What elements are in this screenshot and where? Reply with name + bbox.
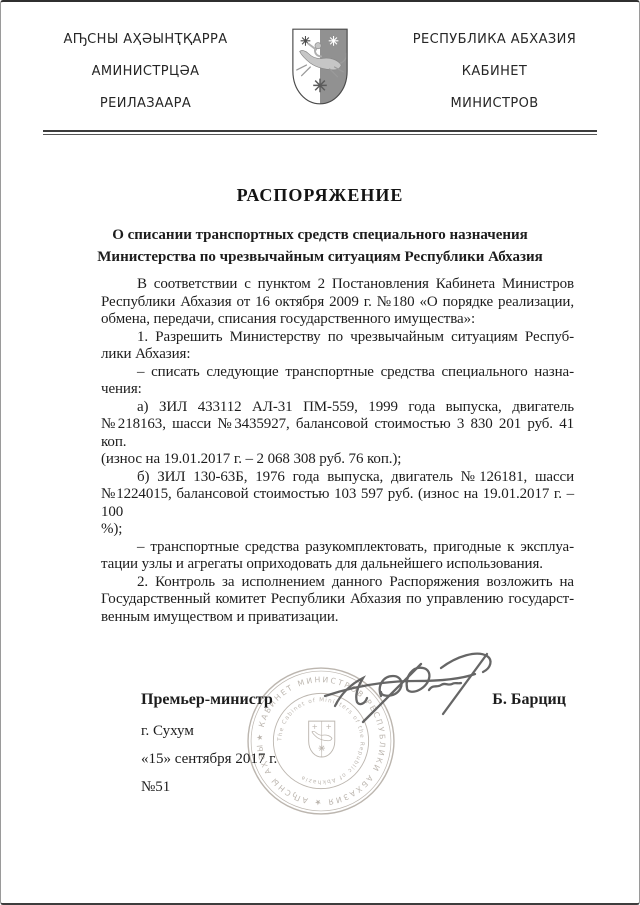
text-line: Республики Абхазия от 16 октября 2009 г.… <box>101 294 574 312</box>
document-subtitle: О списании транспортных средств специаль… <box>1 224 639 268</box>
text-line: №1224015, балансовой стоимостью 103 597 … <box>101 486 574 521</box>
letterhead-line: МИНИСТРОВ <box>380 96 609 112</box>
text-line: В соответствии с пунктом 2 Постановления… <box>101 276 574 294</box>
paragraph: 1. Разрешить Министерству по чрезвычайны… <box>101 329 574 364</box>
text-line: 1. Разрешить Министерству по чрезвычайны… <box>101 329 574 347</box>
letterhead-left: АҦСНЫ АҲӘЫНҬҚАРРААМИНИСТРЦӘАРЕИЛАЗААРА <box>31 26 260 128</box>
handwritten-signature-icon <box>321 644 499 726</box>
text-line: чения: <box>101 381 574 399</box>
letterhead-line: АҦСНЫ АҲӘЫНҬҚАРРА <box>31 32 260 48</box>
letterhead-line: АМИНИСТРЦӘА <box>31 64 260 80</box>
emblem-container <box>260 26 380 108</box>
text-line: венным имуществом и приватизации. <box>101 609 574 627</box>
text-line: %); <box>101 521 574 539</box>
text-line: тации узлы и агрегаты оприходовать для д… <box>101 556 574 574</box>
text-line: – транспортные средства разукомплектоват… <box>101 539 574 557</box>
paragraph: – списать следующие транспортные средств… <box>101 364 574 399</box>
abkhazia-coat-of-arms-icon <box>289 26 351 108</box>
text-line: лики Абхазия: <box>101 346 574 364</box>
text-line: б) ЗИЛ 130-63Б, 1976 года выпуска, двига… <box>101 469 574 487</box>
letterhead: АҦСНЫ АҲӘЫНҬҚАРРААМИНИСТРЦӘАРЕИЛАЗААРА <box>1 2 639 128</box>
place-line: г. Сухум <box>141 723 194 740</box>
double-rule-divider <box>43 130 597 135</box>
text-line: (износ на 19.01.2017 г. – 2 068 308 руб.… <box>101 451 574 469</box>
letterhead-line: РЕСПУБЛИКА АБХАЗИЯ <box>380 32 609 48</box>
text-line: а) ЗИЛ 433112 АЛ-31 ПМ-559, 1999 года вы… <box>101 399 574 417</box>
paragraph: а) ЗИЛ 433112 АЛ-31 ПМ-559, 1999 года вы… <box>101 399 574 469</box>
text-line: 2. Контроль за исполнением данного Распо… <box>101 574 574 592</box>
paragraph: 2. Контроль за исполнением данного Распо… <box>101 574 574 627</box>
paragraph: б) ЗИЛ 130-63Б, 1976 года выпуска, двига… <box>101 469 574 539</box>
signatory-name: Б. Барциц <box>492 691 566 709</box>
letterhead-line: РЕИЛАЗААРА <box>31 96 260 112</box>
text-line: №218163, шасси №3435927, балансовой стои… <box>101 416 574 451</box>
signature-row: Премьер-министр Б. Барциц <box>141 691 566 709</box>
letterhead-right: РЕСПУБЛИКА АБХАЗИЯКАБИНЕТМИНИСТРОВ <box>380 26 609 128</box>
number-line: №51 <box>141 779 170 796</box>
document-body: В соответствии с пунктом 2 Постановления… <box>101 276 574 626</box>
document-page: АҦСНЫ АҲӘЫНҬҚАРРААМИНИСТРЦӘАРЕИЛАЗААРА <box>0 0 640 905</box>
subtitle-line: Министерства по чрезвычайным ситуациям Р… <box>1 246 639 268</box>
letterhead-line: КАБИНЕТ <box>380 64 609 80</box>
signatory-role: Премьер-министр <box>141 691 273 709</box>
date-line: «15» сентября 2017 г. <box>141 751 277 768</box>
stamp-center-emblem <box>309 721 335 757</box>
subtitle-line: О списании транспортных средств специаль… <box>1 224 639 246</box>
text-line: Государственный комитет Республики Абхаз… <box>101 591 574 609</box>
text-line: – списать следующие транспортные средств… <box>101 364 574 382</box>
text-line: обмена, передачи, списания государственн… <box>101 311 574 329</box>
paragraph: – транспортные средства разукомплектоват… <box>101 539 574 574</box>
paragraph: В соответствии с пунктом 2 Постановления… <box>101 276 574 329</box>
signature-area: ★ КАБИНЕТ МИНИСТРОВ РЕСПУБЛИКИ АБХАЗИЯ ★… <box>1 642 639 872</box>
document-title: РАСПОРЯЖЕНИЕ <box>1 185 639 206</box>
